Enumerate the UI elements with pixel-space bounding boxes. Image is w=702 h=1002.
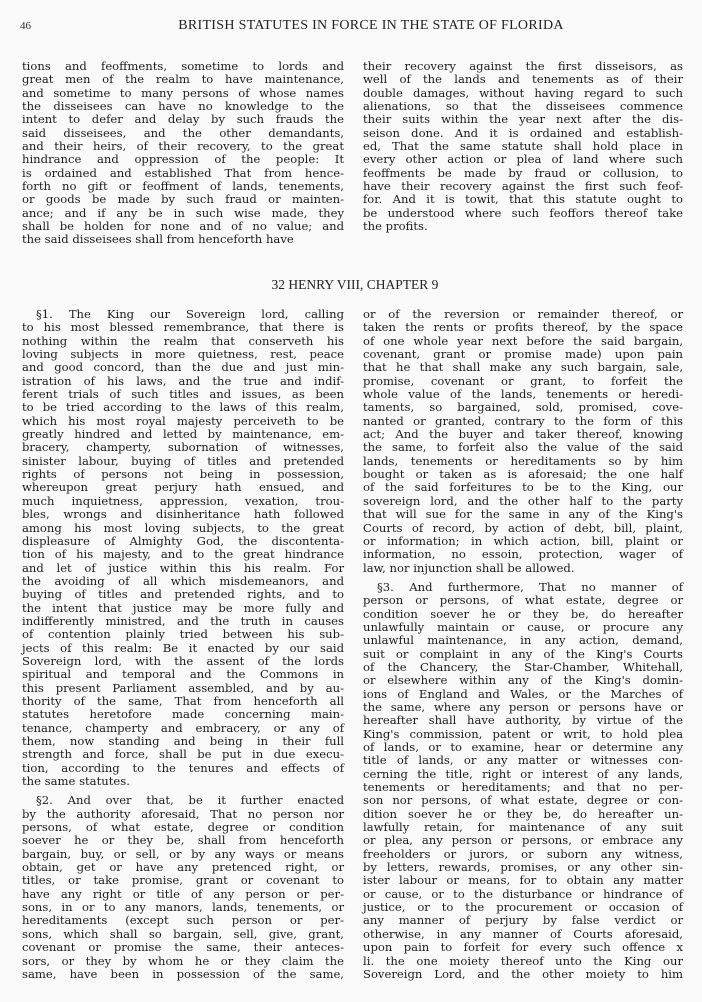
text-line: alienations, so that the disseisees comm… xyxy=(363,100,683,113)
text-line: displeasure of Almighty God, the discont… xyxy=(22,535,344,548)
text-line: indifferently ministred, and the truth i… xyxy=(22,615,344,628)
text-line: said disseisees, and the other demandant… xyxy=(22,127,344,140)
section-2-paragraph: §2. And over that, be it further enacted… xyxy=(22,794,344,981)
text-line: or elsewhere within any of the King's do… xyxy=(363,674,683,687)
text-line: or information; in which action, bill, p… xyxy=(363,535,683,548)
text-line: Sovereign lord, with the assent of the l… xyxy=(22,655,344,668)
text-line: the avoiding of all which misdemeanors, … xyxy=(22,575,344,588)
text-line: li. the one moiety thereof unto the King… xyxy=(363,955,683,968)
text-line: their suits within the year next after t… xyxy=(363,113,683,126)
text-line: of one whole year next before the said b… xyxy=(363,335,683,348)
text-line: hindrance and oppression of the people: … xyxy=(22,153,344,166)
text-line: istration of his laws, and the true and … xyxy=(22,375,344,388)
text-line: same, have been in possession of the sam… xyxy=(22,968,344,981)
text-line: taments, so bargained, sold, promised, c… xyxy=(363,401,683,414)
text-line: and sometime to many persons of whose na… xyxy=(22,87,344,100)
text-line: tions and feoffments, sometime to lords … xyxy=(22,60,344,73)
text-line: upon pain to forfeit for every such offe… xyxy=(363,941,683,954)
text-line: the said disseisees shall from hencefort… xyxy=(22,233,344,246)
text-line: son nor persons, of what estate, degree … xyxy=(363,794,683,807)
text-line: intent to defer and delay by such frauds… xyxy=(22,113,344,126)
text-line: cerning the title, right or interest of … xyxy=(363,768,683,781)
text-line: tenance, champerty and embracery, or any… xyxy=(22,722,344,735)
text-line: that he that shall make any such bargain… xyxy=(363,361,683,374)
text-line: double damages, without having regard to… xyxy=(363,87,683,100)
text-line: Sovereign Lord, and the other moiety to … xyxy=(363,968,683,981)
running-header: BRITISH STATUTES IN FORCE IN THE STATE O… xyxy=(0,18,702,34)
text-line: be understood where such feoffors thereo… xyxy=(363,207,683,220)
section-2-continuation-paragraph: or of the reversion or remainder thereof… xyxy=(363,308,683,575)
text-line: soever he or they be, shall from hencefo… xyxy=(22,834,344,847)
text-line: sinister labour, buying of titles and pr… xyxy=(22,455,344,468)
text-line: the intent that justice may be more full… xyxy=(22,602,344,615)
text-line: of the said forfeitures to be to the Kin… xyxy=(363,481,683,494)
text-line: have any right or title of any person or… xyxy=(22,888,344,901)
text-line: the disseisees can have no knowledge to … xyxy=(22,100,344,113)
section-1-paragraph: §1. The King our Sovereign lord, calling… xyxy=(22,308,344,788)
text-line: ferent trials of such titles and issues,… xyxy=(22,388,344,401)
text-line: the same, to forfeit also the value of t… xyxy=(363,441,683,454)
text-line: by letters, rewards, promises, or any ot… xyxy=(363,861,683,874)
text-line: buying of titles and pretended rights, a… xyxy=(22,588,344,601)
text-line: the same statutes. xyxy=(22,775,344,788)
text-line: persons, of what estate, degree or condi… xyxy=(22,821,344,834)
top-right-column: their recovery against the first disseis… xyxy=(363,60,683,233)
text-line: whereupon great perjury hath ensued, and xyxy=(22,481,344,494)
text-line: any manner of perjury by false verdict o… xyxy=(363,914,683,927)
text-line: thority of the same, That from hencefort… xyxy=(22,695,344,708)
text-line: otherwise, in any manner of Courts afore… xyxy=(363,928,683,941)
text-line: forth no gift or feoffment of lands, ten… xyxy=(22,180,344,193)
text-line: promise, covenant or grant, to forfeit t… xyxy=(363,375,683,388)
text-line: is ordained and established That from he… xyxy=(22,167,344,180)
text-line: sovereign lord, and the other half to th… xyxy=(363,495,683,508)
text-line: this present Parliament assembled, and b… xyxy=(22,682,344,695)
text-line: loving subjects in more quietness, rest,… xyxy=(22,348,344,361)
text-line: or plea, any person or persons, or embra… xyxy=(363,834,683,847)
text-line: or cause, or to the disturbance or hindr… xyxy=(363,888,683,901)
text-line: to his most blessed remembrance, that th… xyxy=(22,321,344,334)
text-line: sors, or they by whom he or they claim t… xyxy=(22,955,344,968)
text-line: law, nor injunction shall be allowed. xyxy=(363,562,683,575)
text-line: seison done. And it is ordained and esta… xyxy=(363,127,683,140)
text-line: by the authority aforesaid, That no pers… xyxy=(22,808,344,821)
section-3-paragraph: §3. And furthermore, That no manner ofpe… xyxy=(363,581,683,981)
text-line: spiritual and temporal and the Commons i… xyxy=(22,668,344,681)
text-line: rights of persons not being in possessio… xyxy=(22,468,344,481)
text-line: title of lands, or any matter or witness… xyxy=(363,754,683,767)
text-line: their recovery against the first disseis… xyxy=(363,60,683,73)
text-line: sons, in or to any manors, lands, teneme… xyxy=(22,901,344,914)
text-line: lands, tenements or hereditaments so by … xyxy=(363,455,683,468)
text-line: strength and force, shall be put in due … xyxy=(22,748,344,761)
text-line: dition soever he or they be, do hereafte… xyxy=(363,808,683,821)
text-line: them, now standing and being in their fu… xyxy=(22,735,344,748)
text-line: §2. And over that, be it further enacted xyxy=(22,794,344,807)
text-line: that will sue for the same in any of the… xyxy=(363,508,683,521)
text-line: act; And the buyer and taker thereof, kn… xyxy=(363,428,683,441)
text-line: ance; and if any be in such wise made, t… xyxy=(22,207,344,220)
text-line: hereditaments (except such person or per… xyxy=(22,914,344,927)
text-line: §3. And furthermore, That no manner of xyxy=(363,581,683,594)
text-line: hereafter shall have authority, by virtu… xyxy=(363,714,683,727)
chapter-heading: 32 HENRY VIII, CHAPTER 9 xyxy=(0,277,702,293)
text-line: among his most loving subjects, to the g… xyxy=(22,522,344,535)
text-line: great men of the realm to have maintenan… xyxy=(22,73,344,86)
text-line: well of the lands and tenements as of th… xyxy=(363,73,683,86)
text-line: suit or complaint in any of the King's C… xyxy=(363,648,683,661)
text-line: ions of England and Wales, or the Marche… xyxy=(363,688,683,701)
text-line: to be tried according to the laws of thi… xyxy=(22,401,344,414)
text-line: unlawfully maintain or cause, or procure… xyxy=(363,621,683,634)
text-line: and good concord, than the due and just … xyxy=(22,361,344,374)
top-left-column: tions and feoffments, sometime to lords … xyxy=(22,60,344,247)
text-line: person or persons, of what estate, degre… xyxy=(363,594,683,607)
text-line: covenant or promise the same, their ante… xyxy=(22,941,344,954)
text-line: information, no essoin, protection, wage… xyxy=(363,548,683,561)
bottom-right-column: or of the reversion or remainder thereof… xyxy=(363,308,683,981)
text-line: and their heirs, of their recovery, to t… xyxy=(22,140,344,153)
text-line: have their recovery against the first su… xyxy=(363,180,683,193)
text-line: obtain, get or have any pretenced right,… xyxy=(22,861,344,874)
text-line: tion, according to the tenures and effec… xyxy=(22,762,344,775)
text-line: ed, That the same statute shall hold pla… xyxy=(363,140,683,153)
text-line: or goods be made by such fraud or mainte… xyxy=(22,193,344,206)
text-line: feoffments be made by fraud or collusion… xyxy=(363,167,683,180)
text-line: statutes heretofore made concerning main… xyxy=(22,708,344,721)
text-line: whole value of the lands, tenements or h… xyxy=(363,388,683,401)
text-line: King's commission, patent or writ, to ho… xyxy=(363,728,683,741)
text-line: lawfully retain, for maintenance of any … xyxy=(363,821,683,834)
text-line: or of the reversion or remainder thereof… xyxy=(363,308,683,321)
text-line: the profits. xyxy=(363,220,683,233)
text-line: bracery, champerty, subornation of witne… xyxy=(22,441,344,454)
text-line: of lands, or to examine, hear or determi… xyxy=(363,741,683,754)
text-line: of contention plainly tried between his … xyxy=(22,628,344,641)
text-line: every other action or plea of land where… xyxy=(363,153,683,166)
text-line: justice, or to the procurement or occasi… xyxy=(363,901,683,914)
text-line: greatly hindred and letted by maintenanc… xyxy=(22,428,344,441)
text-line: bought or taken as is aforesaid; the one… xyxy=(363,468,683,481)
text-line: shall be holden for none and of no value… xyxy=(22,220,344,233)
text-line: bargain, buy, or sell, or by any ways or… xyxy=(22,848,344,861)
text-line: §1. The King our Sovereign lord, calling xyxy=(22,308,344,321)
text-line: Courts of record, by action of debt, bil… xyxy=(363,522,683,535)
text-line: condition soever he or they be, do herea… xyxy=(363,608,683,621)
text-line: tenements or hereditaments; and that no … xyxy=(363,781,683,794)
text-line: and let of justice within this his realm… xyxy=(22,562,344,575)
text-line: ister labour or means, for to obtain any… xyxy=(363,874,683,887)
text-line: freeholders or jurors, or suborn any wit… xyxy=(363,848,683,861)
text-line: sons, which shall so bargain, sell, give… xyxy=(22,928,344,941)
text-line: the same, where any person or persons ha… xyxy=(363,701,683,714)
text-line: tion of his majesty, and to the great hi… xyxy=(22,548,344,561)
text-line: nanted or granted, contrary to the form … xyxy=(363,415,683,428)
text-line: which his most royal majesty perceiveth … xyxy=(22,415,344,428)
text-line: unlawful maintenance, in any action, dem… xyxy=(363,634,683,647)
text-line: of the Chancery, the Star-Chamber, White… xyxy=(363,661,683,674)
text-line: nothing within the realm that conserveth… xyxy=(22,335,344,348)
text-line: bles, wrongs and disinheritance hath fol… xyxy=(22,508,344,521)
text-line: titles, or take promise, grant or covena… xyxy=(22,874,344,887)
text-line: for. And it is towit, that this statute … xyxy=(363,193,683,206)
text-line: taken the rents or profits thereof, by t… xyxy=(363,321,683,334)
bottom-left-column: §1. The King our Sovereign lord, calling… xyxy=(22,308,344,981)
text-line: much inquietness, appression, vexation, … xyxy=(22,495,344,508)
text-line: jects of this realm: Be it enacted by ou… xyxy=(22,642,344,655)
text-line: covenant, grant or promise made) upon pa… xyxy=(363,348,683,361)
